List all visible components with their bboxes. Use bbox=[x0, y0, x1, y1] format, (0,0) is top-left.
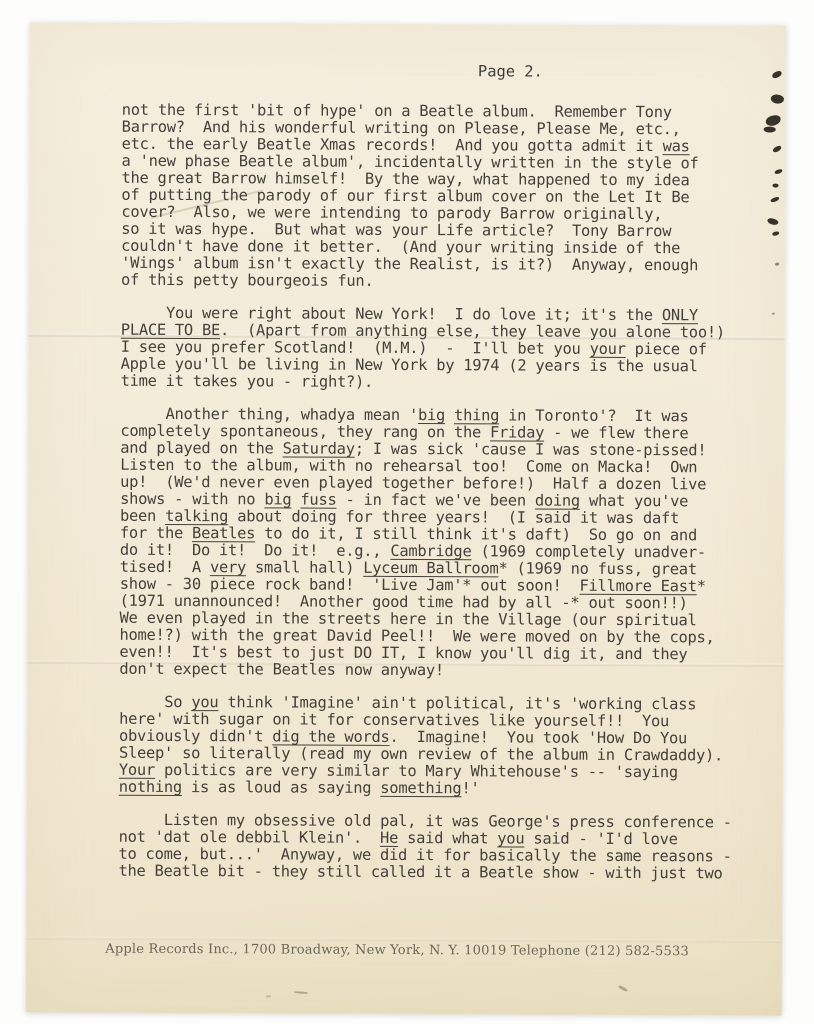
letter-line: don't expect the Beatles now anyway! bbox=[119, 661, 759, 681]
ink-smudge-mark bbox=[770, 93, 785, 105]
page-number: Page 2. bbox=[478, 63, 543, 80]
ink-smudge-mark bbox=[763, 126, 775, 133]
ink-smudge-mark bbox=[772, 231, 779, 236]
letter-paragraph: Another thing, whadya mean 'big thing in… bbox=[119, 406, 760, 681]
letter-line: the Beatle bit - they still called it a … bbox=[118, 863, 758, 883]
letter-paragraph: You were right about New York! I do love… bbox=[121, 305, 761, 393]
scan-background: Page 2. not the first 'bit of hype' on a… bbox=[0, 0, 814, 1024]
ink-smudge-mark bbox=[767, 217, 779, 226]
ink-smudge-mark bbox=[775, 263, 779, 266]
ink-smudge-mark bbox=[765, 115, 781, 127]
letter-page: Page 2. not the first 'bit of hype' on a… bbox=[26, 22, 786, 1015]
letter-line: time it takes you - right?). bbox=[121, 373, 761, 393]
ink-smudge-mark bbox=[772, 313, 775, 315]
letter-line: of this petty bourgeois fun. bbox=[121, 272, 761, 292]
paper-speck bbox=[294, 991, 308, 994]
paper-speck bbox=[266, 995, 271, 997]
ink-smudge-mark bbox=[772, 145, 782, 153]
letter-body: not the first 'bit of hype' on a Beatle … bbox=[118, 102, 761, 883]
letterhead-footer: Apple Records Inc., 1700 Broadway, New Y… bbox=[26, 941, 782, 959]
ink-smudge-mark bbox=[770, 196, 780, 203]
ink-smudge-mark bbox=[772, 183, 779, 188]
ink-smudge-mark bbox=[774, 169, 783, 175]
paper-speck bbox=[618, 985, 628, 992]
letter-paragraph: not the first 'bit of hype' on a Beatle … bbox=[121, 102, 762, 292]
letter-paragraph: Listen my obsessive old pal, it was Geor… bbox=[118, 812, 758, 883]
ink-smudge-mark bbox=[771, 70, 782, 79]
letter-line: nothing is as loud as saying something!' bbox=[119, 779, 759, 799]
letter-paragraph: So you think 'Imagine' ain't political, … bbox=[119, 694, 759, 799]
